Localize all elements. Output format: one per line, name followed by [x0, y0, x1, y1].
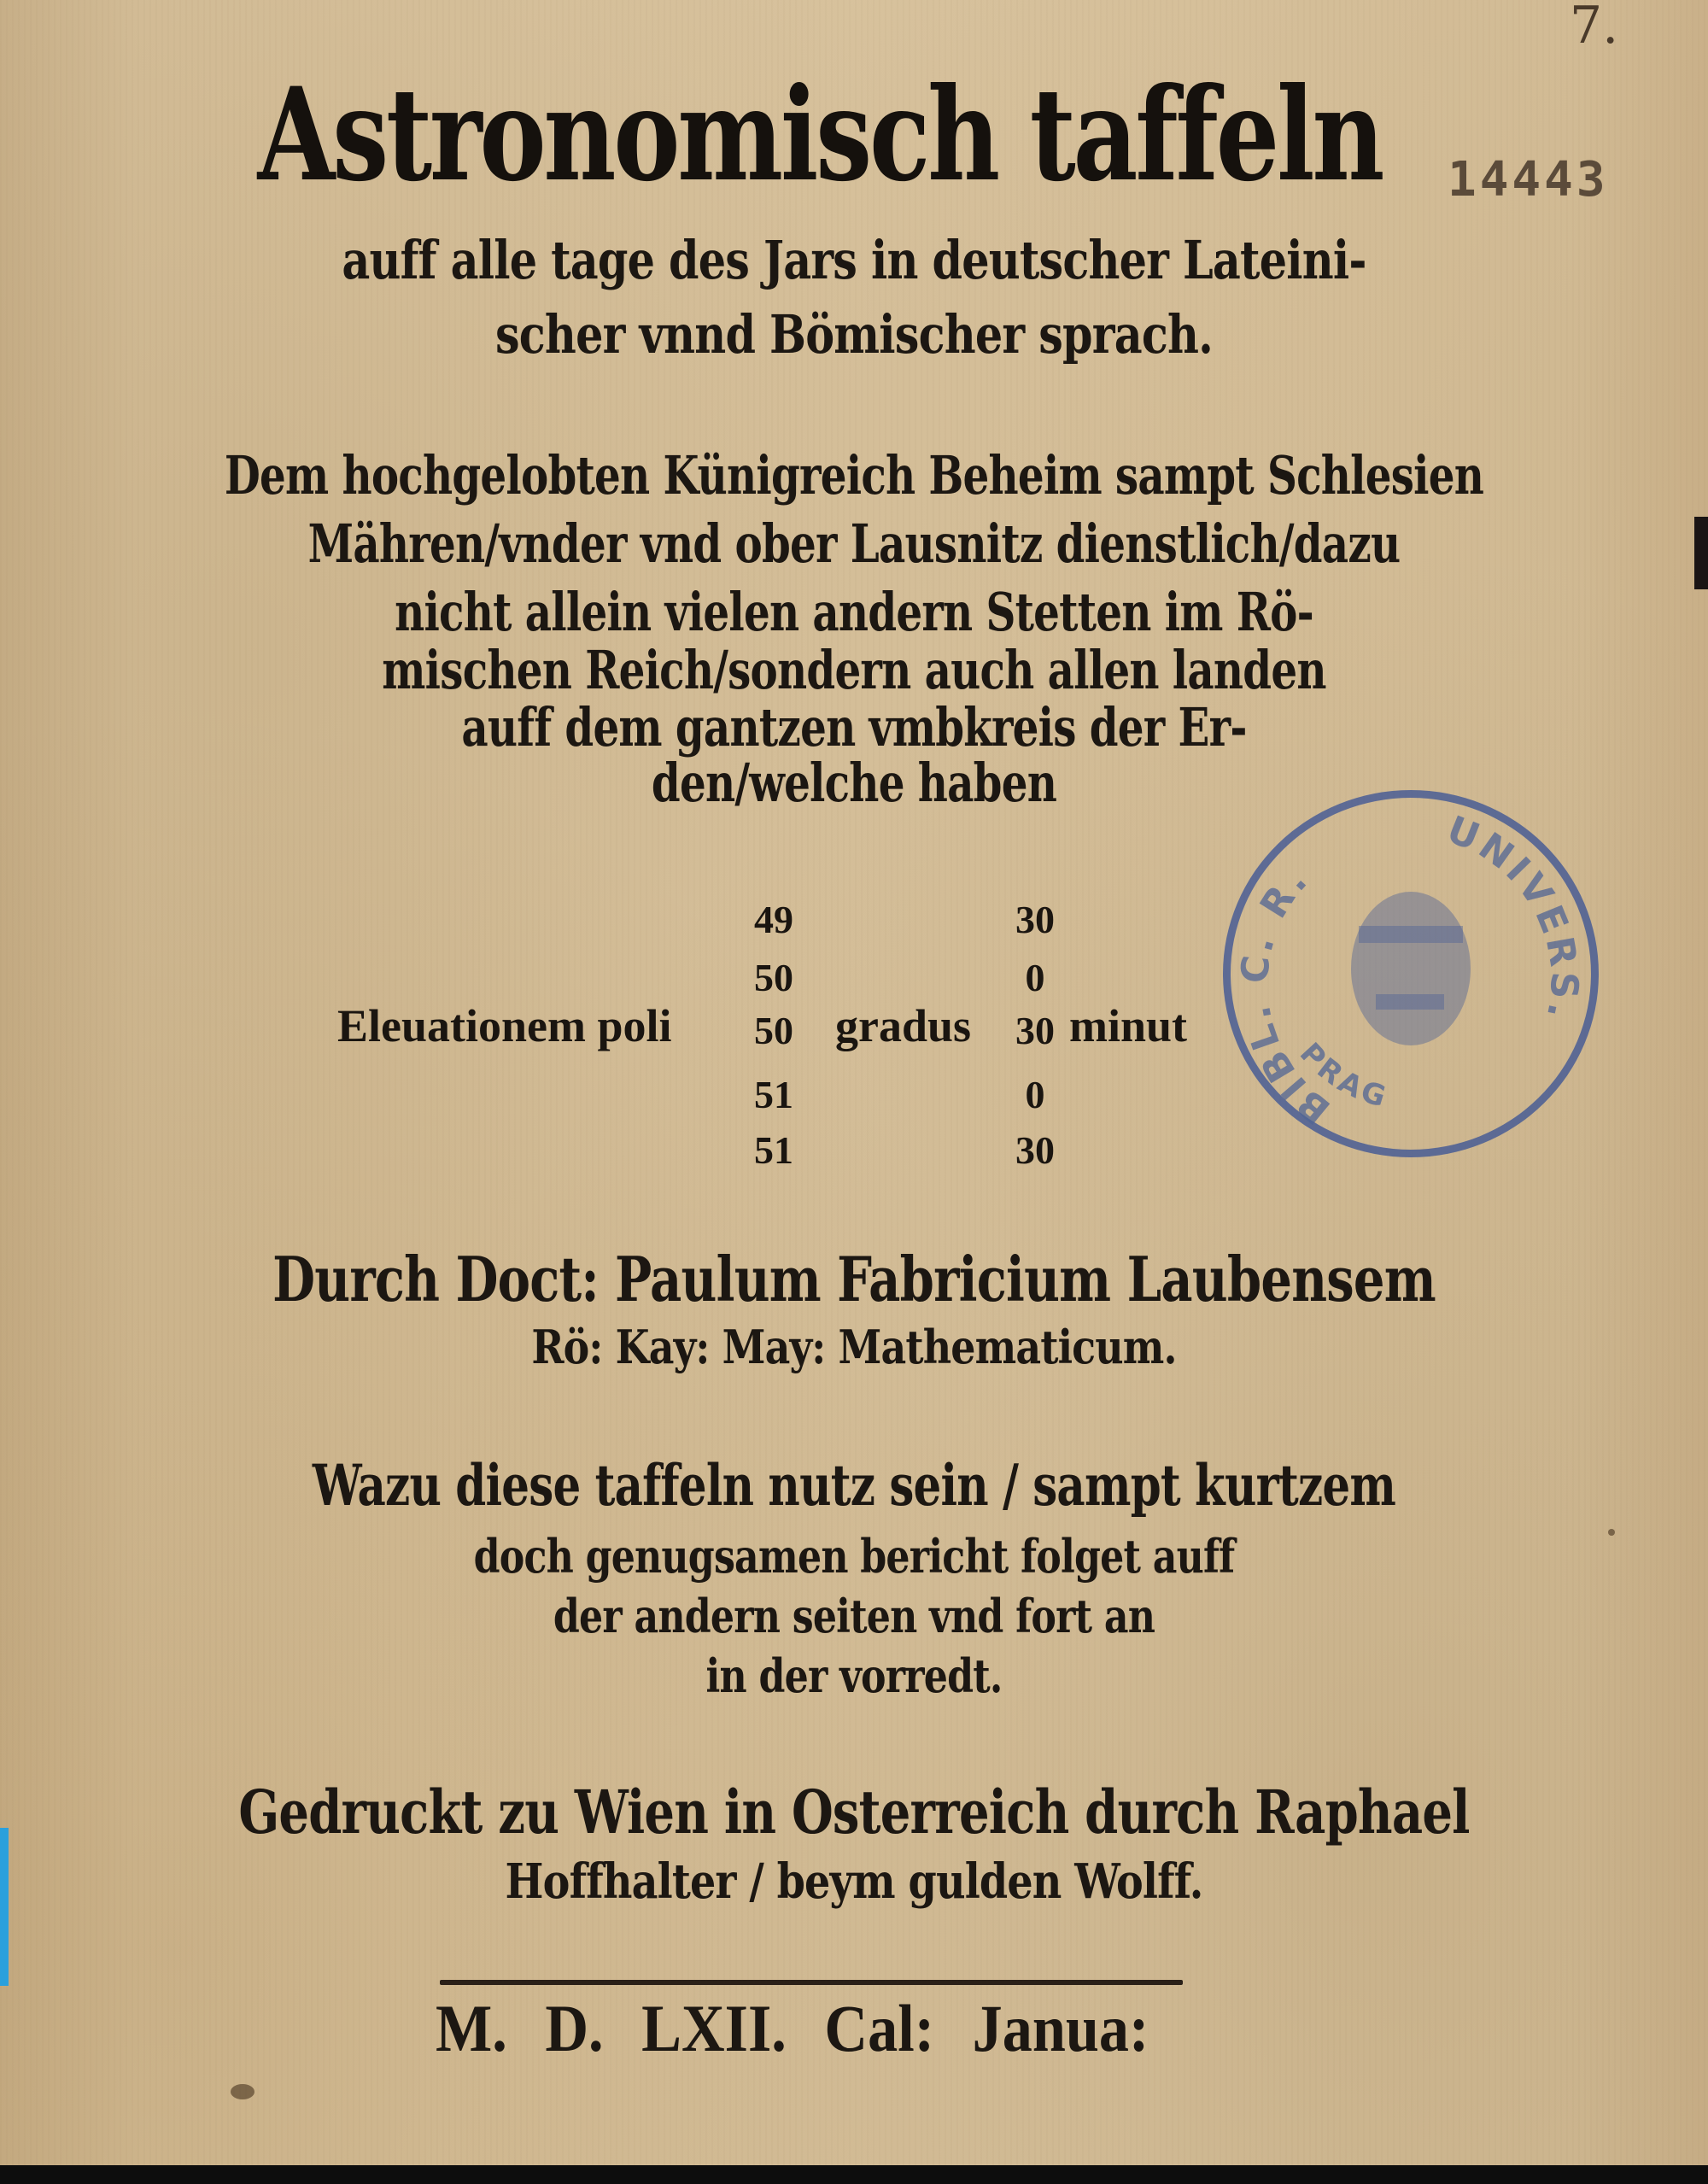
dedication-line-4: mischen Reich/sondern auch allen landen	[188, 639, 1520, 701]
minut-label: minut	[1069, 999, 1187, 1052]
degree-value: 51	[740, 1072, 808, 1117]
elevation-label: Eleuationem poli	[337, 999, 672, 1052]
stamp-text-left: BIBL. C. R.	[1232, 857, 1338, 1132]
degree-value: 49	[740, 897, 808, 942]
imprint-line-1: Gedruckt zu Wien in Osterreich durch Rap…	[171, 1777, 1537, 1847]
page-title: Astronomisch taffeln	[154, 60, 1486, 210]
minute-value: 30	[1001, 897, 1069, 942]
minute-value: 30	[1001, 1008, 1069, 1053]
purpose-line-3: der andern seiten vnd fort an	[154, 1589, 1554, 1643]
degree-value: 51	[740, 1127, 808, 1173]
purpose-line-4: in der vorredt.	[154, 1648, 1554, 1703]
degree-value: 50	[740, 955, 808, 1000]
author-line-1: Durch Doct: Paulum Fabricium Laubensem	[171, 1243, 1537, 1315]
dedication-line-1: Dem hochgelobten Künigreich Beheim sampt…	[188, 444, 1520, 506]
purpose-line-2: doch genugsamen bericht folget auff	[154, 1529, 1554, 1584]
divider-rule	[440, 1980, 1183, 1985]
ink-smudge	[231, 2084, 254, 2099]
purpose-line-1: Wazu diese taffeln nutz sein / sampt kur…	[188, 1452, 1520, 1519]
publication-date: M. D. LXII. Cal: Janua:	[436, 1990, 1149, 2067]
subtitle-line-1: auff alle tage des Jars in deutscher Lat…	[154, 229, 1554, 291]
ink-speck	[1608, 1529, 1615, 1536]
subtitle-line-2: scher vnnd Bömischer sprach.	[154, 303, 1554, 366]
minute-value: 0	[1001, 1072, 1069, 1117]
blue-edge-tab	[0, 1828, 9, 1986]
corner-page-mark: 7.	[1570, 0, 1618, 51]
bottom-border	[0, 2165, 1708, 2184]
dark-edge-tab	[1694, 517, 1708, 589]
dedication-line-2: Mähren/vnder vnd ober Lausnitz dienstlic…	[188, 512, 1520, 575]
minute-value: 30	[1001, 1127, 1069, 1173]
author-line-2: Rö: Kay: May: Mathematicum.	[128, 1320, 1580, 1374]
gradus-label: gradus	[835, 999, 971, 1052]
library-stamp-icon: BIBL. C. R. UNIVERS. PRAG	[1223, 790, 1599, 1157]
minute-value: 0	[1001, 955, 1069, 1000]
imprint-line-2: Hoffhalter / beym gulden Wolff.	[128, 1853, 1580, 1910]
degree-value: 50	[740, 1008, 808, 1053]
dedication-line-5: auff dem gantzen vmbkreis der Er-	[188, 696, 1520, 758]
dedication-line-3: nicht allein vielen andern Stetten im Rö…	[188, 581, 1520, 643]
document-page: 7. 14443 Astronomisch taffeln auff alle …	[0, 0, 1708, 2165]
svg-text:BIBL. C. R.: BIBL. C. R.	[1232, 857, 1338, 1132]
